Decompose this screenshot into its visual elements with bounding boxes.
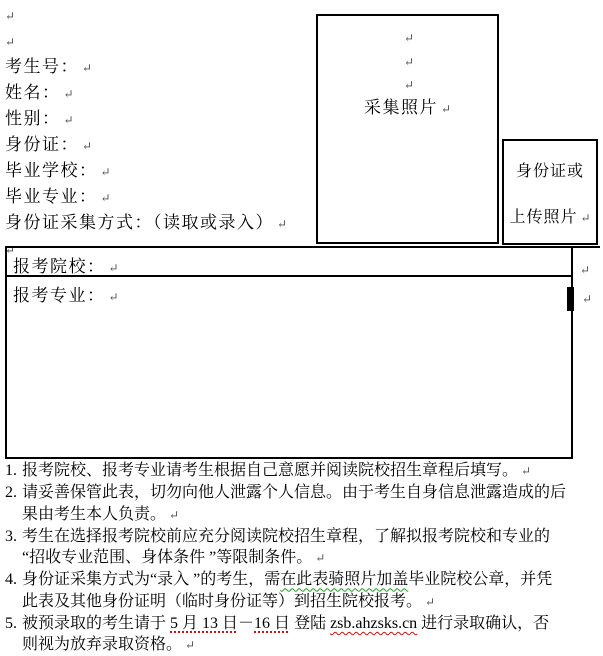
empty-line: ↵: [5, 2, 287, 28]
paragraph-mark-icon: ↵: [5, 35, 15, 49]
field-label: 身份证：: [5, 135, 79, 154]
paragraph-mark-icon: ↵: [61, 87, 74, 101]
note-number: 5.: [5, 613, 17, 634]
id-box-line2-text: 上传照片: [509, 209, 577, 226]
paragraph-mark-icon: ↵: [274, 217, 287, 231]
note-line: 此表及其他身份证明（临时身份证等）到招生院校报考。↵: [22, 591, 601, 613]
note-text: 毕业院校公章，并凭: [408, 571, 552, 588]
note-text: 被预录取的考生请于: [22, 615, 170, 632]
form-field-labels: ↵ ↵ 考生号：↵ 姓名：↵ 性别：↵ 身份证：↵ 毕业学校：↵ 毕业专业：↵ …: [5, 2, 287, 262]
application-table: 报考院校：↵ 报考专业：↵: [5, 246, 573, 459]
note-number: 3.: [5, 526, 17, 547]
note-line: 请妥善保管此表，切勿向他人泄露个人信息。由于考生自身信息泄露造成的后: [22, 482, 601, 503]
paragraph-mark-icon: ↵: [577, 211, 590, 225]
note-number: 4.: [5, 569, 17, 590]
field-candidate-number: 考生号：↵: [5, 54, 287, 80]
note-line: “招收专业范围、身体条件 ”等限制条件。↵: [22, 547, 601, 569]
table-selection-handle: [567, 287, 574, 311]
note-item-4: 4. 身份证采集方式为“录入 ”的考生，需在此表骑照片加盖毕业院校公章，并凭 此…: [5, 569, 601, 613]
note-item-5: 5. 被预录取的考生请于 5 月 13 日－16 日 登陆 zsb.ahzsks…: [5, 613, 601, 656]
note-text: 进行录取确认，否: [417, 615, 549, 632]
paragraph-mark-icon: ↵: [106, 290, 119, 304]
field-gender: 性别：↵: [5, 106, 287, 132]
note-item-3: 3. 考生在选择报考院校前应充分阅读院校招生章程，了解拟报考院校和专业的 “招收…: [5, 526, 601, 570]
note-item-2: 2. 请妥善保管此表，切勿向他人泄露个人信息。由于考生自身信息泄露造成的后 果由…: [5, 482, 601, 526]
empty-line: ↵: [318, 73, 497, 97]
id-box-line2: 上传照片↵: [504, 204, 596, 227]
field-name: 姓名：↵: [5, 80, 287, 106]
note-text: 登陆: [290, 615, 330, 632]
paragraph-mark-icon: ↵: [106, 261, 119, 275]
empty-line: ↵: [5, 28, 287, 54]
note-text: 则视为放弃录取资格。: [22, 636, 182, 653]
apply-college-cell[interactable]: 报考院校：↵: [7, 248, 571, 277]
photo-box-caption: 采集照片↵: [318, 97, 497, 121]
field-label: 毕业学校：: [5, 161, 98, 180]
apply-major-label: 报考专业：: [13, 286, 106, 305]
empty-line: ↵: [318, 50, 497, 74]
note-text: 果由考生本人负责。: [22, 506, 166, 523]
field-label: 毕业专业：: [5, 187, 98, 206]
paragraph-mark-icon: ↵: [401, 31, 414, 45]
paragraph-mark-icon: ↵: [577, 263, 590, 278]
note-line: 考生在选择报考院校前应充分阅读院校招生章程，了解拟报考院校和专业的: [22, 526, 601, 547]
paragraph-mark-icon: ↵: [5, 9, 15, 23]
id-upload-photo-box[interactable]: 身份证或 上传照片↵: [502, 139, 598, 245]
apply-college-label: 报考院校：: [13, 257, 106, 276]
field-graduation-school: 毕业学校：↵: [5, 158, 287, 184]
field-id-collection-method: 身份证采集方式：（读取或录入）↵: [5, 210, 287, 236]
note-number: 1.: [5, 460, 17, 481]
note-line: 则视为放弃录取资格。↵: [22, 634, 601, 656]
paragraph-mark-icon: ↵: [438, 102, 451, 116]
note-text: －: [238, 615, 254, 632]
paragraph-mark-icon: ↵: [182, 638, 195, 652]
note-text: 此表及其他身份证明（临时身份证等）到招生院校报考。: [22, 593, 422, 610]
field-label: 姓名：: [5, 83, 61, 102]
note-text: 报考院校、报考专业请考生根据自己意愿并阅读院校招生章程后填写。: [22, 462, 518, 479]
note-line: 报考院校、报考专业请考生根据自己意愿并阅读院校招生章程后填写。↵: [22, 460, 601, 482]
field-label: 考生号：: [5, 57, 79, 76]
note-line: 被预录取的考生请于 5 月 13 日－16 日 登陆 zsb.ahzsks.cn…: [22, 613, 601, 634]
field-label: 身份证采集方式：（读取或录入）: [5, 213, 274, 232]
note-number: 2.: [5, 482, 17, 503]
notes-list: 1. 报考院校、报考专业请考生根据自己意愿并阅读院校招生章程后填写。↵ 2. 请…: [5, 460, 601, 656]
paragraph-mark-icon: ↵: [518, 464, 531, 478]
paragraph-mark-icon: ↵: [98, 191, 111, 205]
note-text: “招收专业范围、身体条件 ”等限制条件。: [22, 549, 312, 566]
paragraph-mark-icon: ↵: [579, 292, 592, 307]
id-box-line1: 身份证或: [504, 158, 596, 181]
empty-line: ↵: [318, 26, 497, 50]
spellcheck-date-underline: 5 月 13 日: [170, 615, 238, 632]
paragraph-mark-icon: ↵: [401, 78, 414, 92]
paragraph-mark-icon: ↵: [98, 165, 111, 179]
paragraph-mark-icon: ↵: [312, 551, 325, 565]
paragraph-mark-icon: ↵: [422, 595, 435, 609]
note-text: 身份证采集方式为“录入 ”的考生，需: [22, 571, 280, 588]
paragraph-mark-icon: ↵: [166, 508, 179, 522]
photo-box-label: 采集照片: [364, 98, 438, 117]
note-line: 果由考生本人负责。↵: [22, 504, 601, 526]
photo-collection-box[interactable]: ↵ ↵ ↵ 采集照片↵: [316, 14, 499, 244]
paragraph-mark-icon: ↵: [401, 55, 414, 69]
note-line: 身份证采集方式为“录入 ”的考生，需在此表骑照片加盖毕业院校公章，并凭: [22, 569, 601, 590]
apply-major-cell[interactable]: 报考专业：↵: [7, 277, 571, 306]
paragraph-mark-icon: ↵: [61, 113, 74, 127]
confirmation-website-url: zsb.ahzsks.cn: [330, 615, 417, 632]
spellcheck-grammar-underline: 在此表骑照片加盖: [280, 571, 408, 588]
word-document-page: ↵ ↵ 考生号：↵ 姓名：↵ 性别：↵ 身份证：↵ 毕业学校：↵ 毕业专业：↵ …: [0, 0, 603, 656]
field-id-card: 身份证：↵: [5, 132, 287, 158]
paragraph-mark-icon: ↵: [79, 61, 92, 75]
field-label: 性别：: [5, 109, 61, 128]
field-graduation-major: 毕业专业：↵: [5, 184, 287, 210]
note-item-1: 1. 报考院校、报考专业请考生根据自己意愿并阅读院校招生章程后填写。↵: [5, 460, 601, 482]
spellcheck-date-underline: 16 日: [254, 615, 290, 632]
paragraph-mark-icon: ↵: [79, 139, 92, 153]
